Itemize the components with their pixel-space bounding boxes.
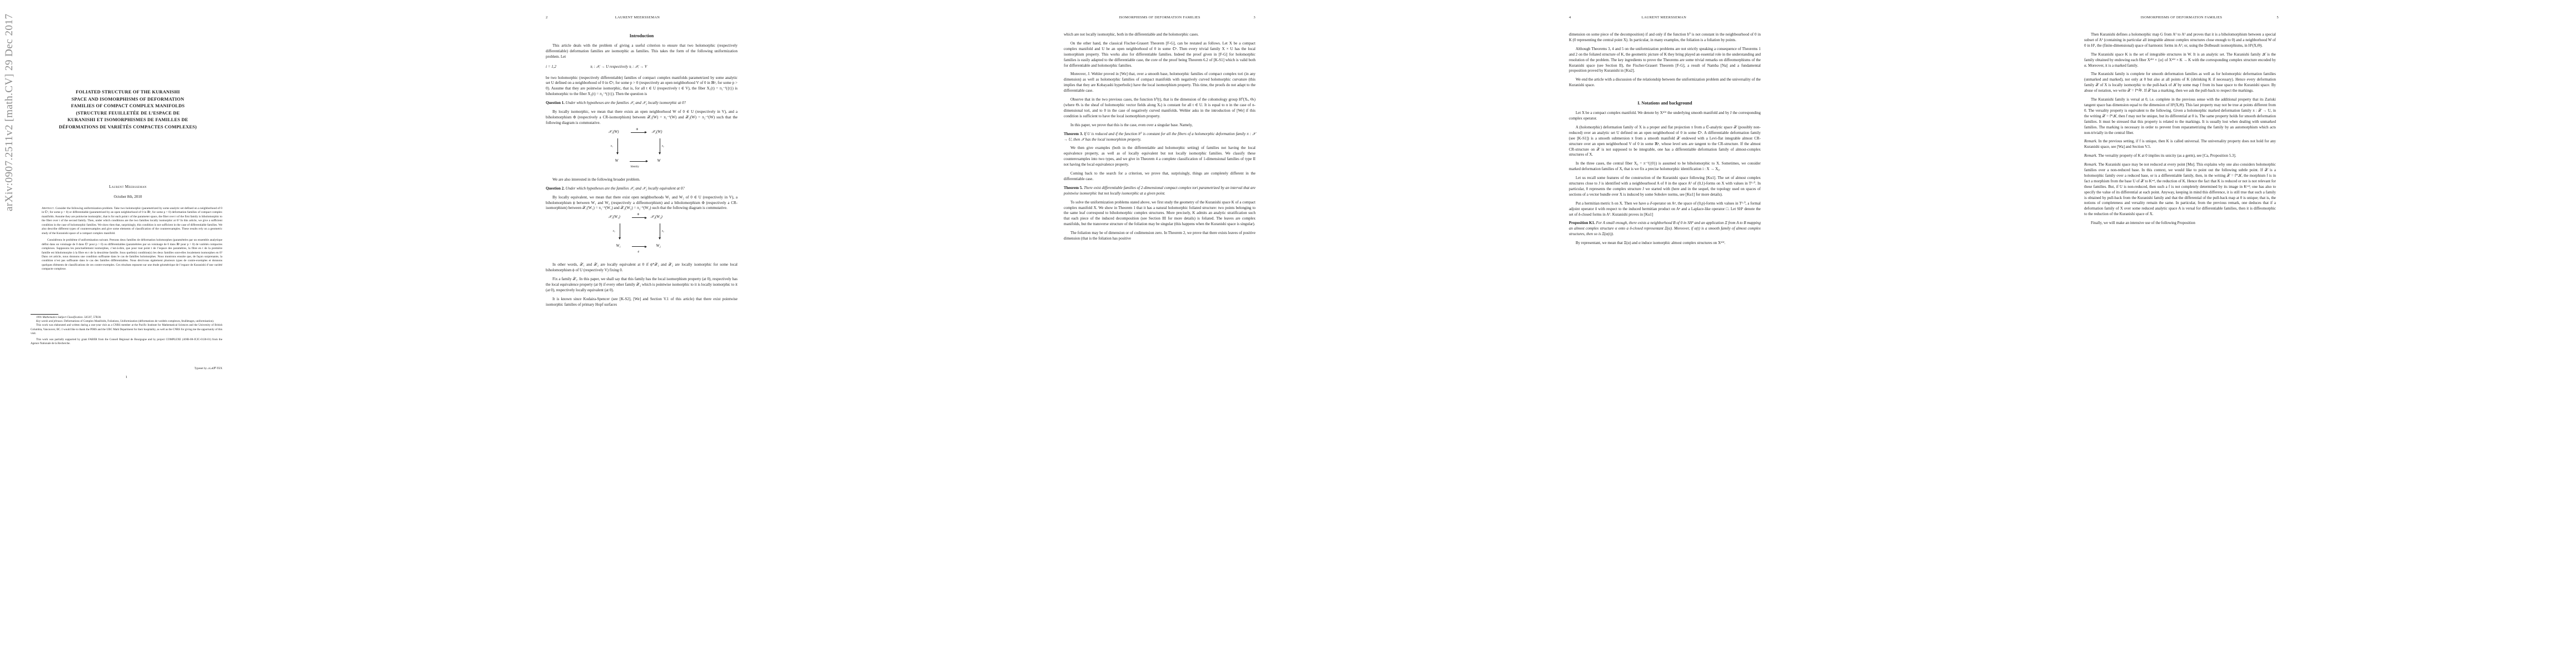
paper-title: FOLIATED STRUCTURE OF THE KURANISHI SPAC… xyxy=(33,89,222,131)
question-text: Under which hypotheses are the families … xyxy=(565,101,686,105)
title-line: KURANISHI ET ISOMORPHISMES DE FAMILLES D… xyxy=(33,117,222,124)
running-head-text: LAURENT MEERSSEMAN xyxy=(540,16,735,19)
diagram-node: W₁ xyxy=(616,243,621,249)
paragraph: The Kuranishi family is versal at 0, i.e… xyxy=(2084,97,2276,136)
page-number: 3 xyxy=(1254,16,1256,19)
paragraph: Put a hermitian metric h on X. Then we h… xyxy=(1569,201,1761,218)
msc-label: Mathematics Subject Classification. xyxy=(42,316,83,319)
paragraph: Let us recall some features of the const… xyxy=(1569,176,1761,198)
paragraph: Then Kuranishi defines a holomorphic map… xyxy=(2084,32,2276,49)
paragraph: A (holomorphic) deformation family of X … xyxy=(1569,125,1761,158)
paragraph: This article deals with the problem of g… xyxy=(546,43,738,60)
arrow-right-icon xyxy=(631,132,646,133)
paragraph: The Kuranishi family is complete for smo… xyxy=(2084,72,2276,94)
paragraph: dimension on some piece of the decomposi… xyxy=(1569,32,1761,43)
title-line: (STRUCTURE FEUILLETÉE DE L’ESPACE DE xyxy=(33,110,222,117)
commutative-diagram-2: 𝒳₁(W₁) Φ 𝒳₂(W₂) π₁ π₂ W₁ ϕ W₂ xyxy=(609,215,675,258)
abstract-english-text: Consider the following uniformization pr… xyxy=(42,207,222,235)
arxiv-stamp: arXiv:0907.2511v2 [math.CV] 29 Dec 2017 xyxy=(3,78,16,211)
theorem-label: Theorem 3. xyxy=(1064,132,1083,136)
proposition-k1: Proposition K1. For A small enough, ther… xyxy=(1569,221,1761,237)
arxiv-stamp-text: arXiv:0907.2511v2 [math.CV] 29 Dec 2017 xyxy=(3,14,16,211)
remark-label: Remark. xyxy=(2084,153,2097,158)
proposition-text: For A small enough, there exists a neigh… xyxy=(1569,221,1761,236)
paragraph: Observe that in the two previous cases, … xyxy=(1064,97,1255,120)
paragraph: Finally, we will make an intensive use o… xyxy=(2084,221,2276,226)
abstract-french: Considérons le problème d’uniformisation… xyxy=(42,238,222,272)
page-number: 1 xyxy=(31,375,222,379)
diagram-node: 𝒳₂(W) xyxy=(652,130,662,135)
question-text: Under which hypotheses are the families … xyxy=(565,186,685,191)
display-equation: i = 1,2 πᵢ : 𝒳ᵢ → U respectively πᵢ : 𝒳ᵢ… xyxy=(546,64,738,70)
diagram-node: 𝒳₂(W₂) xyxy=(651,215,662,220)
paragraph: By representant, we mean that Ξ(α) and α… xyxy=(1569,241,1761,246)
abstract-english: Abstract. Consider the following uniform… xyxy=(42,207,222,236)
theorem-text: There exist differentiable families of 2… xyxy=(1064,186,1255,196)
section-heading: Introduction xyxy=(546,33,738,39)
paragraph: To solve the uniformization problems sta… xyxy=(1064,200,1255,228)
arrow-down-icon xyxy=(660,223,660,239)
diagram-node: W xyxy=(657,158,661,164)
msc-value: 32G07, 57R30. xyxy=(83,316,102,319)
paragraph: Let X be a compact complex manifold. We … xyxy=(1569,111,1761,122)
arrow-label: Φ xyxy=(637,212,640,218)
commutative-diagram-1: 𝒳₁(W) Φ 𝒳₂(W) π₁ π₂ W Identity W xyxy=(609,130,675,173)
arrow-right-icon xyxy=(632,246,646,247)
document-strip: arXiv:0907.2511v2 [math.CV] 29 Dec 2017 … xyxy=(0,0,2576,667)
page-1: arXiv:0907.2511v2 [math.CV] 29 Dec 2017 … xyxy=(0,0,515,667)
section-heading: I. Notations and background xyxy=(1569,101,1761,106)
paragraph: Moreover, J. Wehler proved in [We] that,… xyxy=(1064,72,1255,94)
footnotes: 1991 Mathematics Subject Classification.… xyxy=(31,316,222,346)
diagram-node: W xyxy=(615,158,619,164)
arrow-label: ϕ xyxy=(638,250,640,255)
running-head-text: LAURENT MEERSSEMAN xyxy=(1567,16,1761,19)
remark-label: Remark. xyxy=(2084,139,2097,143)
remark: Remark. In the previous setting, if f is… xyxy=(2084,139,2276,150)
page-4: 4 LAURENT MEERSSEMAN dimension on some p… xyxy=(1546,0,2061,667)
arrow-down-icon xyxy=(617,138,618,154)
remark-text: The Kuranishi space may be not reduced a… xyxy=(2084,162,2276,216)
arrow-label: π₁ xyxy=(611,144,613,150)
page-body: dimension on some piece of the decomposi… xyxy=(1569,32,1761,250)
question-1: Question 1. Under which hypotheses are t… xyxy=(546,101,738,106)
paragraph: We then give examples (both in the diffe… xyxy=(1064,146,1255,168)
running-head-text: ISOMORPHISMS OF DEFORMATION FAMILIES xyxy=(2084,16,2279,19)
paragraph: The foliation may be of dimension or of … xyxy=(1064,231,1255,242)
paragraph: Although Theorems 3, 4 and 5 on the unif… xyxy=(1569,47,1761,74)
remark-label: Remark. xyxy=(2084,162,2097,167)
paragraph: In the three cases, the central fiber X₀… xyxy=(1569,161,1761,172)
arrow-label: π₂ xyxy=(662,229,664,235)
remark: Remark. The Kuranishi space may be not r… xyxy=(2084,162,2276,217)
footnote-support: This work was partially supported by gra… xyxy=(31,338,222,346)
diagram-node: 𝒳₁(W₁) xyxy=(609,215,620,220)
paragraph: By locally equivalent, we mean that ther… xyxy=(546,195,738,212)
arrow-label: π₁ xyxy=(613,229,615,235)
keywords-label: Key words and phrases. xyxy=(36,320,63,323)
keywords-value: Deformations of Complex Manifolds, Folia… xyxy=(63,320,214,323)
page-5: ISOMORPHISMS OF DEFORMATION FAMILIES 5 T… xyxy=(2061,0,2576,667)
arrow-label: π₂ xyxy=(662,144,664,150)
proposition-label: Proposition K1. xyxy=(1569,221,1595,225)
diagram-node: W₂ xyxy=(656,243,661,249)
paragraph: In other words, 𝒳₁ and 𝒳₂ are locally eq… xyxy=(546,262,738,273)
paragraph: Coming back to the search for a criterio… xyxy=(1064,171,1255,182)
title-line: FOLIATED STRUCTURE OF THE KURANISHI xyxy=(33,89,222,96)
page-body: Introduction This article deals with the… xyxy=(546,32,738,311)
paragraph: Fix a family 𝒳₁. In this paper, we shall… xyxy=(546,277,738,293)
title-line: FAMILIES OF COMPACT COMPLEX MANIFOLDS xyxy=(33,103,222,110)
equation-index: i = 1,2 xyxy=(546,64,590,70)
page-body: which are not locally isomorphic, both i… xyxy=(1064,32,1255,245)
question-2: Question 2. Under which hypotheses are t… xyxy=(546,186,738,192)
page-2: 2 LAURENT MEERSSEMAN Introduction This a… xyxy=(515,0,1030,667)
theorem-5: Theorem 5. There exist differentiable fa… xyxy=(1064,186,1255,197)
arrow-label: Φ xyxy=(636,127,639,133)
question-label: Question 1. xyxy=(546,101,565,105)
paragraph: In this paper, we prove that this is the… xyxy=(1064,123,1255,128)
remark-text: In the previous setting, if f is unique,… xyxy=(2084,139,2276,149)
title-line: SPACE AND ISOMORPHISMS OF DEFORMATION xyxy=(33,96,222,103)
paragraph: On the other hand, the classical Fischer… xyxy=(1064,41,1255,69)
paragraph: be two holomorphic (respectively differe… xyxy=(546,76,738,98)
arrow-down-icon xyxy=(620,223,620,239)
arrow-right-icon xyxy=(630,161,647,162)
msc-year: 1991 xyxy=(36,316,42,319)
page-body: Then Kuranishi defines a holomorphic map… xyxy=(2084,32,2276,230)
page-3: ISOMORPHISMS OF DEFORMATION FAMILIES 3 w… xyxy=(1030,0,1546,667)
question-label: Question 2. xyxy=(546,186,565,191)
typeset-note: Typeset by 𝒜ℳ𝒮-TEX xyxy=(31,367,222,371)
footnote-visit: This work was elaborated and written dur… xyxy=(31,323,222,336)
paragraph: The Kuranishi space K is the set of inte… xyxy=(2084,52,2276,69)
abstract-label: Abstract. xyxy=(42,207,54,210)
arrow-label: Identity xyxy=(631,165,640,170)
theorem-3: Theorem 3. If U is reduced and if the fu… xyxy=(1064,132,1255,143)
paragraph: which are not locally isomorphic, both i… xyxy=(1064,32,1255,38)
page-number: 5 xyxy=(2277,16,2279,19)
date: October 8th, 2010 xyxy=(33,195,222,199)
paragraph: We are also interested in the following … xyxy=(546,177,738,183)
footnote-rule xyxy=(31,314,58,315)
theorem-text: If U is reduced and if the function h⁰ i… xyxy=(1064,132,1255,142)
abstract: Abstract. Consider the following uniform… xyxy=(42,207,222,275)
diagram-node: 𝒳₁(W) xyxy=(609,130,619,135)
remark: Remark. The versality property of K at 0… xyxy=(2084,153,2276,159)
paragraph: By locally isomorphic, we mean that ther… xyxy=(546,109,738,126)
remark-text: The versality property of K at 0 implies… xyxy=(2097,153,2236,158)
paragraph: It is known since Kodaira-Spencer (see [… xyxy=(546,297,738,308)
running-head-text: ISOMORPHISMS OF DEFORMATION FAMILIES xyxy=(1064,16,1255,19)
author: Laurent Meersseman xyxy=(33,185,222,189)
equation-body: πᵢ : 𝒳ᵢ → U respectively πᵢ : 𝒳ᵢ → V xyxy=(590,64,647,70)
arrow-down-icon xyxy=(660,138,660,154)
paragraph: We end the article with a discussion of … xyxy=(1569,77,1761,88)
theorem-label: Theorem 5. xyxy=(1064,186,1083,190)
title-line: DÉFORMATIONS DE VARIÉTÉS COMPACTES COMPL… xyxy=(33,124,222,131)
